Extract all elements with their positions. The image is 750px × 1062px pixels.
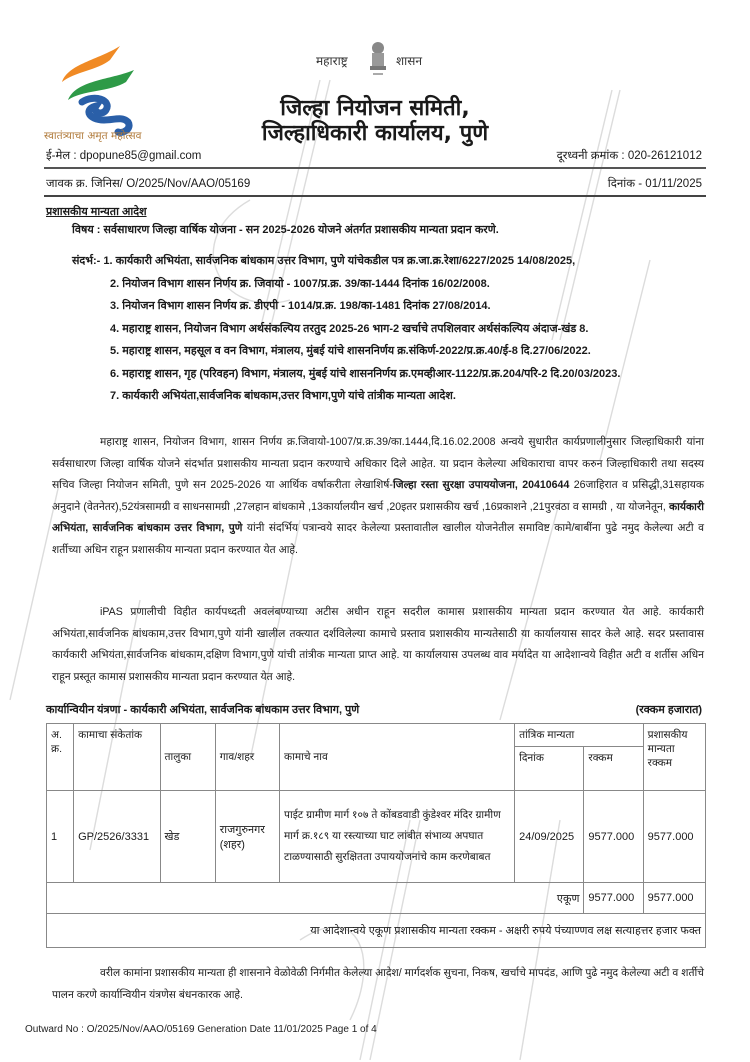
cell-tech-amount: 9577.000: [584, 791, 643, 883]
amount-unit-note: (रक्कम हजारात): [636, 702, 702, 717]
cell-admin-amount: 9577.000: [643, 791, 705, 883]
cell-work-name: पाईट ग्रामीण मार्ग १०७ ते कोंबडवाडी कुंड…: [280, 791, 515, 883]
reference-item: 2. नियोजन विभाग शासन निर्णय क्र. जिवायो …: [72, 276, 712, 299]
cell-village: राजगुरुनगर (शहर): [215, 791, 279, 883]
phone-label: दूरध्वनी क्रमांक :: [557, 150, 625, 162]
total-admin-amount: 9577.000: [643, 883, 705, 914]
cell-code: GP/2526/3331: [74, 791, 160, 883]
logo-caption: स्वातंत्र्याचा अमृत महोत्सव: [44, 129, 141, 143]
phone-number: 020-26121012: [628, 150, 702, 162]
email-label: ई-मेल :: [46, 150, 77, 162]
header-divider: [44, 167, 706, 169]
emblem-right-text: शासन: [396, 52, 422, 69]
email-address[interactable]: dpopune85@gmail.com: [80, 150, 202, 162]
header-tech-date: दिनांक: [515, 747, 584, 791]
outward-number: जावक क्र. जिनिस/ O/2025/Nov/AAO/05169: [46, 176, 250, 191]
email-contact: ई-मेल : dpopune85@gmail.com: [46, 148, 201, 163]
reference-item: 6. महाराष्ट्र शासन, गृह (परिवहन) विभाग, …: [72, 366, 712, 389]
subject-line: विषय : सर्वसाधारण जिल्हा वार्षिक योजना -…: [72, 222, 499, 237]
amount-in-words: या आदेशान्वये एकूण प्रशासकीय मान्यता रक्…: [47, 914, 706, 948]
header-work-name: कामाचे नाव: [280, 724, 515, 791]
header-taluka: तालुका: [160, 724, 215, 791]
header-technical-sanction: तांत्रिक मान्यता: [515, 724, 644, 747]
cell-taluka: खेड: [160, 791, 215, 883]
header-village: गाव/शहर: [215, 724, 279, 791]
amrit-mahotsav-logo: [48, 42, 168, 142]
order-title: प्रशासकीय मान्यता आदेश: [46, 204, 147, 219]
references-list: संदर्भ:- 1. कार्यकारी अभियंता, सार्वजनिक…: [72, 253, 712, 411]
implementing-agency: कार्यान्वियीन यंत्रणा - कार्यकारी अभियंत…: [46, 702, 359, 717]
header-divider-2: [44, 195, 706, 197]
table-total-row: एकूण 9577.000 9577.000: [47, 883, 706, 914]
total-label: एकूण: [47, 883, 584, 914]
ashoka-emblem-icon: [366, 40, 390, 78]
body-paragraph-3: वरील कामांना प्रशासकीय मान्यता ही शासनान…: [52, 963, 704, 1006]
budget-head: जिल्हा रस्ता सुरक्षा उपाययोजना, 20410644: [393, 479, 569, 491]
cell-tech-date: 24/09/2025: [515, 791, 584, 883]
header-tech-amount: रक्कम: [584, 747, 643, 791]
cell-sr: 1: [47, 791, 74, 883]
works-table: अ. क्र. कामाचा संकेतांक तालुका गाव/शहर क…: [46, 723, 706, 948]
emblem-left-text: महाराष्ट्र: [316, 52, 348, 69]
amount-in-words-row: या आदेशान्वये एकूण प्रशासकीय मान्यता रक्…: [47, 914, 706, 948]
reference-item: 3. नियोजन विभाग शासन निर्णय क्र. डीएपी -…: [72, 298, 712, 321]
reference-item: 5. महाराष्ट्र शासन, महसूल व वन विभाग, मं…: [72, 343, 712, 366]
outward-value: O/2025/Nov/AAO/05169: [126, 178, 250, 190]
page-footer: Outward No : O/2025/Nov/AAO/05169 Genera…: [25, 1024, 377, 1035]
total-tech-amount: 9577.000: [584, 883, 643, 914]
table-row: 1 GP/2526/3331 खेड राजगुरुनगर (शहर) पाईट…: [47, 791, 706, 883]
body-paragraph-2: iPAS प्रणालीची विहीत कार्यपध्दती अवलंबण्…: [52, 602, 704, 688]
date-label: दिनांक -: [608, 178, 642, 190]
office-title-line2: जिल्हाधिकारी कार्यालय, पुणे: [200, 117, 550, 147]
maharashtra-shasan-emblem: महाराष्ट्र शासन: [300, 36, 450, 86]
header-sr: अ. क्र.: [47, 724, 74, 791]
date-value: 01/11/2025: [645, 178, 702, 190]
header-admin-amount: प्रशासकीय मान्यता रक्कम: [643, 724, 705, 791]
reference-item: संदर्भ:- 1. कार्यकारी अभियंता, सार्वजनिक…: [72, 253, 712, 276]
reference-item: 7. कार्यकारी अभियंता,सार्वजनिक बांधकाम,उ…: [72, 388, 712, 411]
table-header-row: अ. क्र. कामाचा संकेतांक तालुका गाव/शहर क…: [47, 724, 706, 747]
phone-contact: दूरध्वनी क्रमांक : 020-26121012: [557, 148, 702, 163]
body-paragraph-1: महाराष्ट्र शासन, नियोजन विभाग, शासन निर्…: [52, 432, 704, 562]
letter-date: दिनांक - 01/11/2025: [608, 176, 702, 191]
outward-label: जावक क्र. जिनिस/: [46, 178, 123, 190]
header-code: कामाचा संकेतांक: [74, 724, 160, 791]
reference-item: 4. महाराष्ट्र शासन, नियोजन विभाग अर्थसंक…: [72, 321, 712, 344]
